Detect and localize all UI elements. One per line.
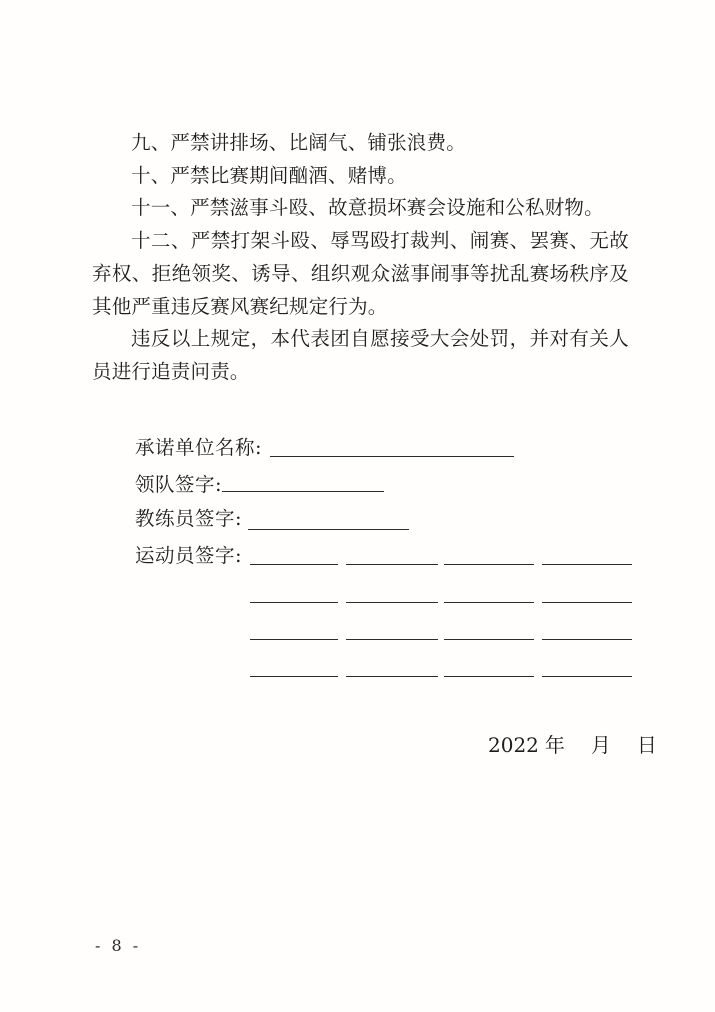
unit-name-label: 承诺单位名称: [135, 435, 262, 461]
athletes-signature-label: 运动员签字: [135, 543, 242, 569]
athlete-signature-line [346, 639, 438, 640]
athlete-signature-line [542, 602, 632, 603]
page-number: - 8 - [95, 936, 141, 955]
athlete-signature-line [444, 602, 534, 603]
document-page: 九、严禁讲排场、比阔气、铺张浪费。 十、严禁比赛期间酗酒、赌博。 十一、严禁滋事… [0, 0, 715, 1012]
rule-item-11: 十一、严禁滋事斗殴、故意损坏赛会设施和公私财物。 [92, 192, 629, 225]
coach-signature-label: 教练员签字: [135, 506, 242, 532]
athlete-signature-line [542, 676, 632, 677]
athlete-signature-line [542, 564, 632, 565]
date-year: 2022 [488, 733, 539, 757]
athlete-signature-line [444, 639, 534, 640]
leader-signature-line [222, 491, 384, 492]
date-month-unit: 月 [591, 733, 611, 757]
date-day-unit: 日 [637, 733, 657, 757]
date-line: 2022年月日 [488, 733, 657, 757]
rule-item-10: 十、严禁比赛期间酗酒、赌博。 [92, 160, 629, 193]
athlete-signature-line [250, 564, 338, 565]
athlete-signature-line [444, 564, 534, 565]
athlete-signature-line [444, 676, 534, 677]
athlete-signature-line [346, 676, 438, 677]
closing-statement: 违反以上规定，本代表团自愿接受大会处罚，并对有关人员进行追责问责。 [92, 323, 629, 388]
rule-item-12: 十二、严禁打架斗殴、辱骂殴打裁判、闹赛、罢赛、无故弃权、拒绝领奖、诱导、组织观众… [92, 225, 629, 323]
athlete-signature-line [250, 602, 338, 603]
rule-item-9: 九、严禁讲排场、比阔气、铺张浪费。 [92, 127, 629, 160]
athlete-signature-line [250, 639, 338, 640]
regulations-text: 九、严禁讲排场、比阔气、铺张浪费。 十、严禁比赛期间酗酒、赌博。 十一、严禁滋事… [92, 127, 629, 389]
leader-signature-label: 领队签字: [135, 472, 222, 498]
athlete-signature-line [542, 639, 632, 640]
coach-signature-line [248, 529, 409, 530]
unit-name-line [270, 456, 514, 457]
athlete-signature-line [346, 602, 438, 603]
date-year-unit: 年 [545, 733, 565, 757]
athlete-signature-line [250, 676, 338, 677]
athlete-signature-line [346, 564, 438, 565]
